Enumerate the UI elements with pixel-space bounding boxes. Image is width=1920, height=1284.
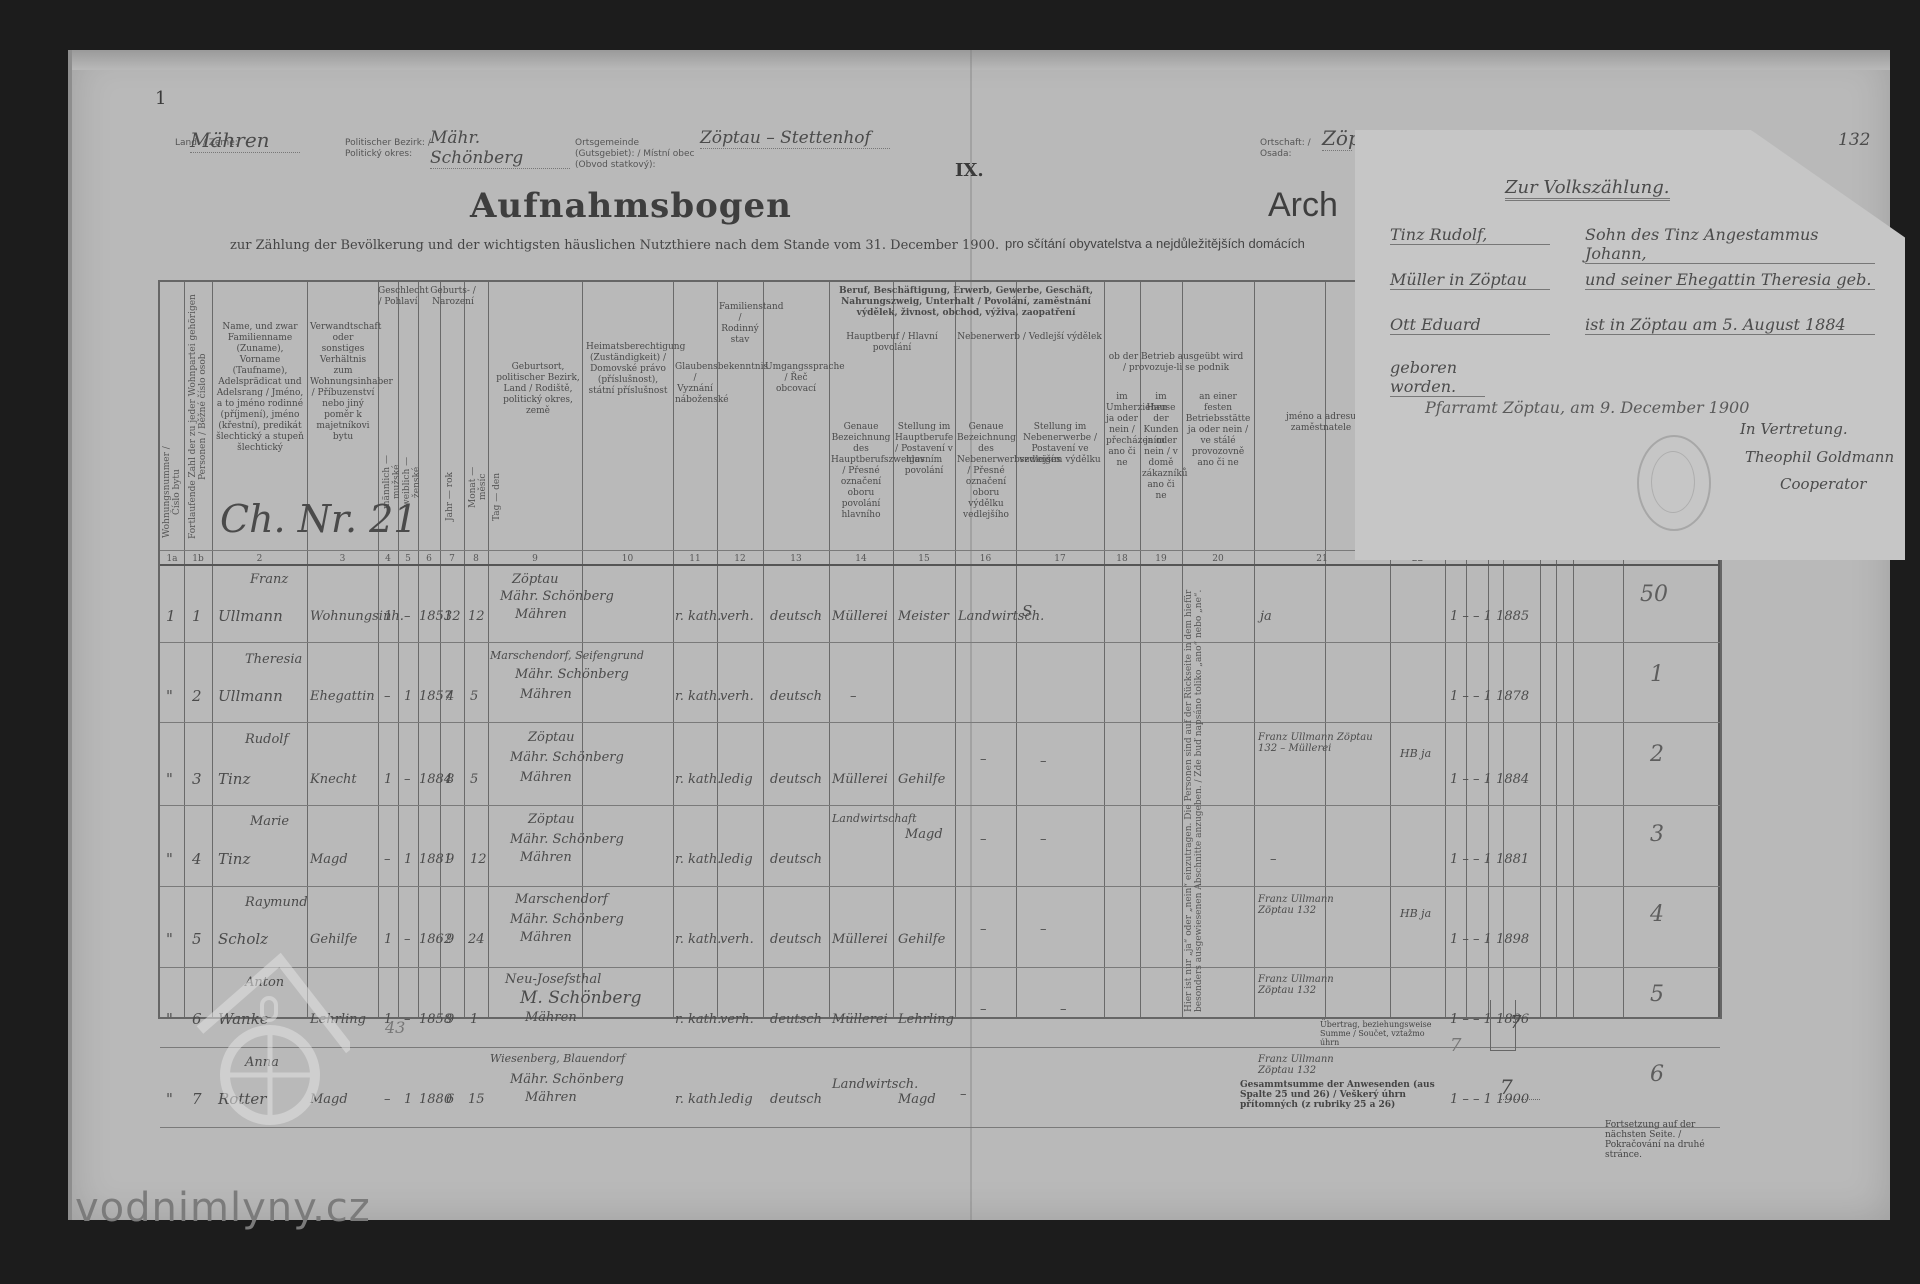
person-5-f: –	[404, 932, 411, 947]
person-6-c21: Franz Ullmann Zöptau 132	[1258, 974, 1368, 996]
person-4-birthplace: Zöptau	[528, 812, 575, 827]
pencil-note: 43	[385, 1018, 405, 1037]
ortschaft-value: Zöptau	[1322, 126, 1352, 151]
col-num: 19	[1140, 554, 1182, 564]
person-7-day: 15	[468, 1092, 485, 1107]
person-7-apt: "	[166, 1090, 173, 1108]
col-header-15: Stellung im Hauptberufe / Postavení v hl…	[895, 422, 953, 477]
person-5-day: 24	[468, 932, 485, 947]
group-header-occupation: Beruf, Beschäftigung, Erwerb, Gewerbe, G…	[831, 286, 1101, 319]
person-1-summary: 1 – – 1 1885	[1450, 609, 1529, 624]
person-3-given: Rudolf	[245, 732, 288, 747]
col-header-6: Jahr — rok	[445, 472, 455, 522]
person-1-side-pos: S	[1022, 602, 1032, 620]
col-header-12: Familienstand / Rodinný stav	[719, 302, 761, 346]
person-6-ref: 5	[1650, 982, 1664, 1007]
subtitle-german: zur Zählung der Bevölkerung und der wich…	[230, 238, 999, 253]
subtitle-czech: pro sčítání obyvatelstva a nejdůležitějš…	[1005, 236, 1305, 251]
person-1-c21: ja	[1260, 609, 1272, 624]
col-num: 16	[955, 554, 1016, 564]
title-german: Aufnahmsbogen	[470, 186, 792, 226]
col-header-20: an einer festen Betriebsstätte ja oder n…	[1184, 392, 1252, 469]
person-4-occupation: Landwirtschaft	[832, 812, 917, 825]
person-3-occupation: Müllerei	[832, 772, 888, 787]
person-4-f: 1	[404, 852, 412, 867]
person-6-side-pos: –	[1060, 1002, 1067, 1017]
person-7-district: Mähr. Schönberg	[510, 1072, 624, 1087]
person-1-apt: 1	[166, 607, 176, 625]
person-4-apt: "	[166, 850, 173, 868]
col-num: 13	[763, 554, 829, 564]
person-4-given: Marie	[250, 814, 289, 829]
col-num: 5	[398, 554, 418, 564]
col-header-3: Verwandtschaft oder sonstiges Verhältnis…	[310, 322, 376, 443]
ortschaft-label: Ortschaft: / Osada:	[1260, 138, 1320, 160]
col-header-2: Name, und zwar Familienname (Zuname), Vo…	[216, 322, 304, 454]
col-header-16: Genaue Bezeichnung des Nebenerwerbszweig…	[957, 422, 1015, 521]
person-3-side-job: –	[980, 752, 987, 767]
handwritten-annotation: Ch. Nr. 21	[220, 497, 417, 541]
col-header-10: Heimatsberechtigung (Zuständigkeit) / Do…	[586, 342, 670, 397]
person-2-religion: r. kath.	[675, 689, 721, 704]
person-1-ref: 50	[1640, 582, 1668, 607]
person-5-apt: "	[166, 930, 173, 948]
parish-seal-stamp	[1637, 435, 1711, 531]
col-header-9: Geburtsort, politischer Bezirk, Land / R…	[496, 362, 580, 417]
person-5-language: deutsch	[770, 932, 822, 947]
person-7-position: Magd	[898, 1092, 936, 1107]
person-2-district: Mähr. Schönberg	[515, 667, 629, 682]
person-5-district: Mähr. Schönberg	[510, 912, 624, 927]
person-7-month: 6	[446, 1092, 454, 1107]
person-4-land: Mähren	[520, 850, 572, 865]
group-header-sex: Geschlecht / Pohlaví	[378, 286, 418, 308]
person-1-day: 12	[468, 609, 485, 624]
person-6-language: deutsch	[770, 1012, 822, 1027]
col-num: 6	[418, 554, 440, 564]
person-7-f: 1	[404, 1092, 412, 1107]
carry-label: Übertrag, beziehungsweise Summe / Součet…	[1320, 1020, 1440, 1047]
col-num: 3	[307, 554, 378, 564]
bezirk-value: Mähr. Schönberg	[430, 128, 570, 169]
title-czech: Arch	[1268, 186, 1338, 225]
person-5-land: Mähren	[520, 930, 572, 945]
person-2-land: Mähren	[520, 687, 572, 702]
col-num: 2	[212, 554, 307, 564]
person-5-given: Raymund	[245, 895, 308, 910]
carry-value: 7	[1510, 1012, 1521, 1033]
col-header-17: Stellung im Nebenerwerbe / Postavení ve …	[1018, 422, 1102, 466]
person-6-side-job: –	[980, 1002, 987, 1017]
person-7-side-job: –	[960, 1087, 967, 1102]
person-5-side-pos: –	[1040, 922, 1047, 937]
person-5-position: Gehilfe	[898, 932, 945, 947]
col-num: 8	[464, 554, 488, 564]
certificate-line-3a: Ott Eduard	[1390, 315, 1550, 335]
person-7-religion: r. kath.	[675, 1092, 721, 1107]
person-2-summary: 1 – – 1 1878	[1450, 689, 1529, 704]
certificate-line-1a: Tinz Rudolf,	[1390, 225, 1550, 245]
person-3-land: Mähren	[520, 770, 572, 785]
gemeinde-value: Zöptau – Stettenhof	[700, 128, 890, 149]
group-header-business: ob der Betrieb ausgeübt wird / provozuje…	[1106, 352, 1246, 374]
person-3-religion: r. kath.	[675, 772, 721, 787]
person-2-month: 4	[446, 689, 454, 704]
person-3-month: 8	[446, 772, 454, 787]
person-3-apt: "	[166, 770, 173, 788]
certificate-signature-3: Cooperator	[1780, 475, 1866, 493]
col-header-19: im Hause der Kunden ja oder nein / v dom…	[1142, 392, 1180, 502]
person-4-religion: r. kath.	[675, 852, 721, 867]
col-header-7: Monat — měsíc	[468, 452, 488, 522]
person-2-surname: Ullmann	[218, 687, 283, 705]
column20-note: Hier ist nur „ja“ oder „nein“ einzutrage…	[1184, 572, 1244, 1012]
col-header-8: Tag — den	[492, 472, 502, 522]
col-header-11: Glaubensbekenntnis / Vyznání náboženské	[675, 362, 715, 406]
continuation-note: Fortsetzung auf der nächsten Seite. / Po…	[1605, 1120, 1735, 1160]
certificate-signature-2: Theophil Goldmann	[1745, 448, 1894, 466]
certificate-signature-1: In Vertretung.	[1740, 420, 1848, 438]
person-7-language: deutsch	[770, 1092, 822, 1107]
person-4-m: –	[384, 852, 391, 867]
person-6-position: Lehrling	[898, 1012, 954, 1027]
person-6-land: Mähren	[525, 1010, 577, 1025]
person-3-birthplace: Zöptau	[528, 730, 575, 745]
group-header-main-occupation: Hauptberuf / Hlavní povolání	[831, 332, 953, 354]
person-5-m: 1	[384, 932, 392, 947]
person-2-day: 5	[470, 689, 478, 704]
person-3-ref: 2	[1650, 742, 1664, 767]
person-3-f: –	[404, 772, 411, 787]
person-6-month: 9	[446, 1012, 454, 1027]
person-5-religion: r. kath.	[675, 932, 721, 947]
col-header-18: im Umherziehen ja oder nein / přecházení…	[1106, 392, 1138, 469]
page-number: 1	[155, 88, 166, 109]
person-4-surname: Tinz	[218, 850, 250, 868]
person-1-religion: r. kath.	[675, 609, 721, 624]
person-1-position: Meister	[898, 609, 949, 624]
person-4-ref: 3	[1650, 822, 1664, 847]
person-1-birthplace: Zöptau	[512, 572, 559, 587]
person-4-month: 9	[446, 852, 454, 867]
col-num: 1b	[184, 554, 212, 564]
certificate-line-4: geboren worden.	[1390, 358, 1485, 397]
total-label: Gesammtsumme der Anwesenden (aus Spalte …	[1240, 1080, 1440, 1110]
person-7-birthplace: Wiesenberg, Blauendorf	[490, 1052, 625, 1065]
person-3-c21: Franz Ullmann Zöptau 132 – Müllerei	[1258, 732, 1388, 754]
person-7-occupation: Landwirtsch.	[832, 1077, 918, 1092]
person-4-position: Magd	[905, 827, 943, 842]
person-2-status: verh.	[720, 689, 754, 704]
person-5-ref: 4	[1650, 902, 1664, 927]
person-4-district: Mähr. Schönberg	[510, 832, 624, 847]
col-num: 11	[673, 554, 717, 564]
group-header-side-occupation: Nebenerwerb / Vedlejší výdělek	[957, 332, 1102, 343]
land-value: Mähren	[190, 128, 300, 153]
person-1-surname: Ullmann	[218, 607, 283, 625]
person-6-district: M. Schönberg	[520, 988, 641, 1008]
group-header-birth: Geburts- / Narození	[418, 286, 488, 308]
carry-value-pencil: 7	[1450, 1035, 1461, 1056]
person-3-language: deutsch	[770, 772, 822, 787]
person-5-status: verh.	[720, 932, 754, 947]
col-num: 9	[488, 554, 582, 564]
person-4-c21: –	[1270, 852, 1277, 867]
person-1-m: 1	[384, 609, 392, 624]
person-1-status: verh.	[720, 609, 754, 624]
person-3-district: Mähr. Schönberg	[510, 750, 624, 765]
col-num: 20	[1182, 554, 1254, 564]
person-3-summary: 1 – – 1 1884	[1450, 772, 1529, 787]
person-5-c22: HB ja	[1400, 907, 1431, 920]
col-num: 7	[440, 554, 464, 564]
certificate-line-1b: Sohn des Tinz Angestammus Johann,	[1585, 225, 1875, 264]
person-5-occupation: Müllerei	[832, 932, 888, 947]
person-4-status: ledig	[720, 852, 753, 867]
person-2-no: 2	[192, 687, 202, 705]
gemeinde-label: Ortsgemeinde (Gutsgebiet): / Místní obec…	[575, 138, 695, 171]
person-2-birthplace: Marschendorf, Seifengrund	[490, 649, 644, 662]
person-2-language: deutsch	[770, 689, 822, 704]
col-num: 4	[378, 554, 398, 564]
col-header-14: Genaue Bezeichnung des Hauptberufszweige…	[831, 422, 891, 521]
person-7-ref: 6	[1650, 1062, 1664, 1087]
house-number: 132	[1838, 130, 1870, 150]
person-3-day: 5	[470, 772, 478, 787]
person-7-land: Mähren	[525, 1090, 577, 1105]
col-num: 1a	[160, 554, 184, 564]
person-6-apt: "	[166, 1010, 173, 1028]
person-1-month: 12	[444, 609, 461, 624]
person-4-summary: 1 – – 1 1881	[1450, 852, 1529, 867]
person-3-position: Gehilfe	[898, 772, 945, 787]
person-3-m: 1	[384, 772, 392, 787]
attached-birth-certificate: Zur Volkszählung. Tinz Rudolf, Sohn des …	[1355, 130, 1905, 560]
person-4-day: 12	[470, 852, 487, 867]
person-7-status: ledig	[720, 1092, 753, 1107]
person-1-land: Mähren	[515, 607, 567, 622]
person-2-given: Theresia	[245, 652, 302, 667]
total-value: 7	[1500, 1075, 1540, 1100]
person-4-no: 4	[192, 850, 202, 868]
person-6-day: 1	[470, 1012, 478, 1027]
person-4-side-pos: –	[1040, 832, 1047, 847]
certificate-line-3b: ist in Zöptau am 5. August 1884	[1585, 315, 1875, 335]
person-2-ref: 1	[1650, 662, 1664, 687]
person-5-side-job: –	[980, 922, 987, 937]
person-1-district: Mähr. Schönberg	[500, 589, 614, 604]
person-3-no: 3	[192, 770, 202, 788]
watermill-logo-icon	[180, 930, 350, 1130]
col-header-1b: Fortlaufende Zahl der zu jeder Wohnparte…	[188, 292, 208, 542]
person-6-religion: r. kath.	[675, 1012, 721, 1027]
person-1-no: 1	[192, 607, 202, 625]
person-5-month: 9	[446, 932, 454, 947]
person-1-language: deutsch	[770, 609, 822, 624]
bezirk-label: Politischer Bezirk: / Politický okres:	[345, 138, 440, 160]
watermark-text: vodnimlyny.cz	[75, 1185, 371, 1231]
certificate-line-2b: und seiner Ehegattin Theresia geb.	[1585, 270, 1875, 290]
person-5-c21: Franz Ullmann Zöptau 132	[1258, 894, 1368, 916]
person-2-occupation: –	[850, 689, 857, 704]
person-4-language: deutsch	[770, 852, 822, 867]
person-2-f: 1	[404, 689, 412, 704]
person-1-f: –	[404, 609, 411, 624]
sheet-marker: IX.	[955, 160, 984, 181]
person-3-c22: HB ja	[1400, 747, 1431, 760]
person-6-occupation: Müllerei	[832, 1012, 888, 1027]
person-3-side-pos: –	[1040, 754, 1047, 769]
certificate-heading: Zur Volkszählung.	[1505, 177, 1670, 201]
person-3-status: ledig	[720, 772, 753, 787]
person-4-relation: Magd	[310, 852, 348, 867]
col-num: 12	[717, 554, 763, 564]
person-1-given: Franz	[250, 572, 288, 587]
certificate-line-2a: Müller in Zöptau	[1390, 270, 1550, 290]
person-6-status: verh.	[720, 1012, 754, 1027]
person-3-surname: Tinz	[218, 770, 250, 788]
col-num: 10	[582, 554, 673, 564]
person-2-relation: Ehegattin	[310, 689, 375, 704]
certificate-place-date: Pfarramt Zöptau, am 9. December 1900	[1425, 398, 1749, 417]
person-4-side-job: –	[980, 832, 987, 847]
person-3-relation: Knecht	[310, 772, 357, 787]
col-num: 18	[1104, 554, 1140, 564]
person-1-occupation: Müllerei	[832, 609, 888, 624]
person-2-apt: "	[166, 687, 173, 705]
col-header-1a: Wohnungsnummer / Číslo bytu	[162, 442, 182, 542]
person-2-m: –	[384, 689, 391, 704]
col-header-13: Umgangssprache / Řeč obcovací	[765, 362, 827, 395]
col-num: 17	[1016, 554, 1104, 564]
person-5-birthplace: Marschendorf	[515, 892, 608, 907]
col-num: 14	[829, 554, 893, 564]
person-5-summary: 1 – – 1 1898	[1450, 932, 1529, 947]
person-7-c21: Franz Ullmann Zöptau 132	[1258, 1054, 1368, 1076]
person-7-m: –	[384, 1092, 391, 1107]
col-num: 15	[893, 554, 955, 564]
person-6-birthplace: Neu-Josefsthal	[505, 972, 601, 987]
